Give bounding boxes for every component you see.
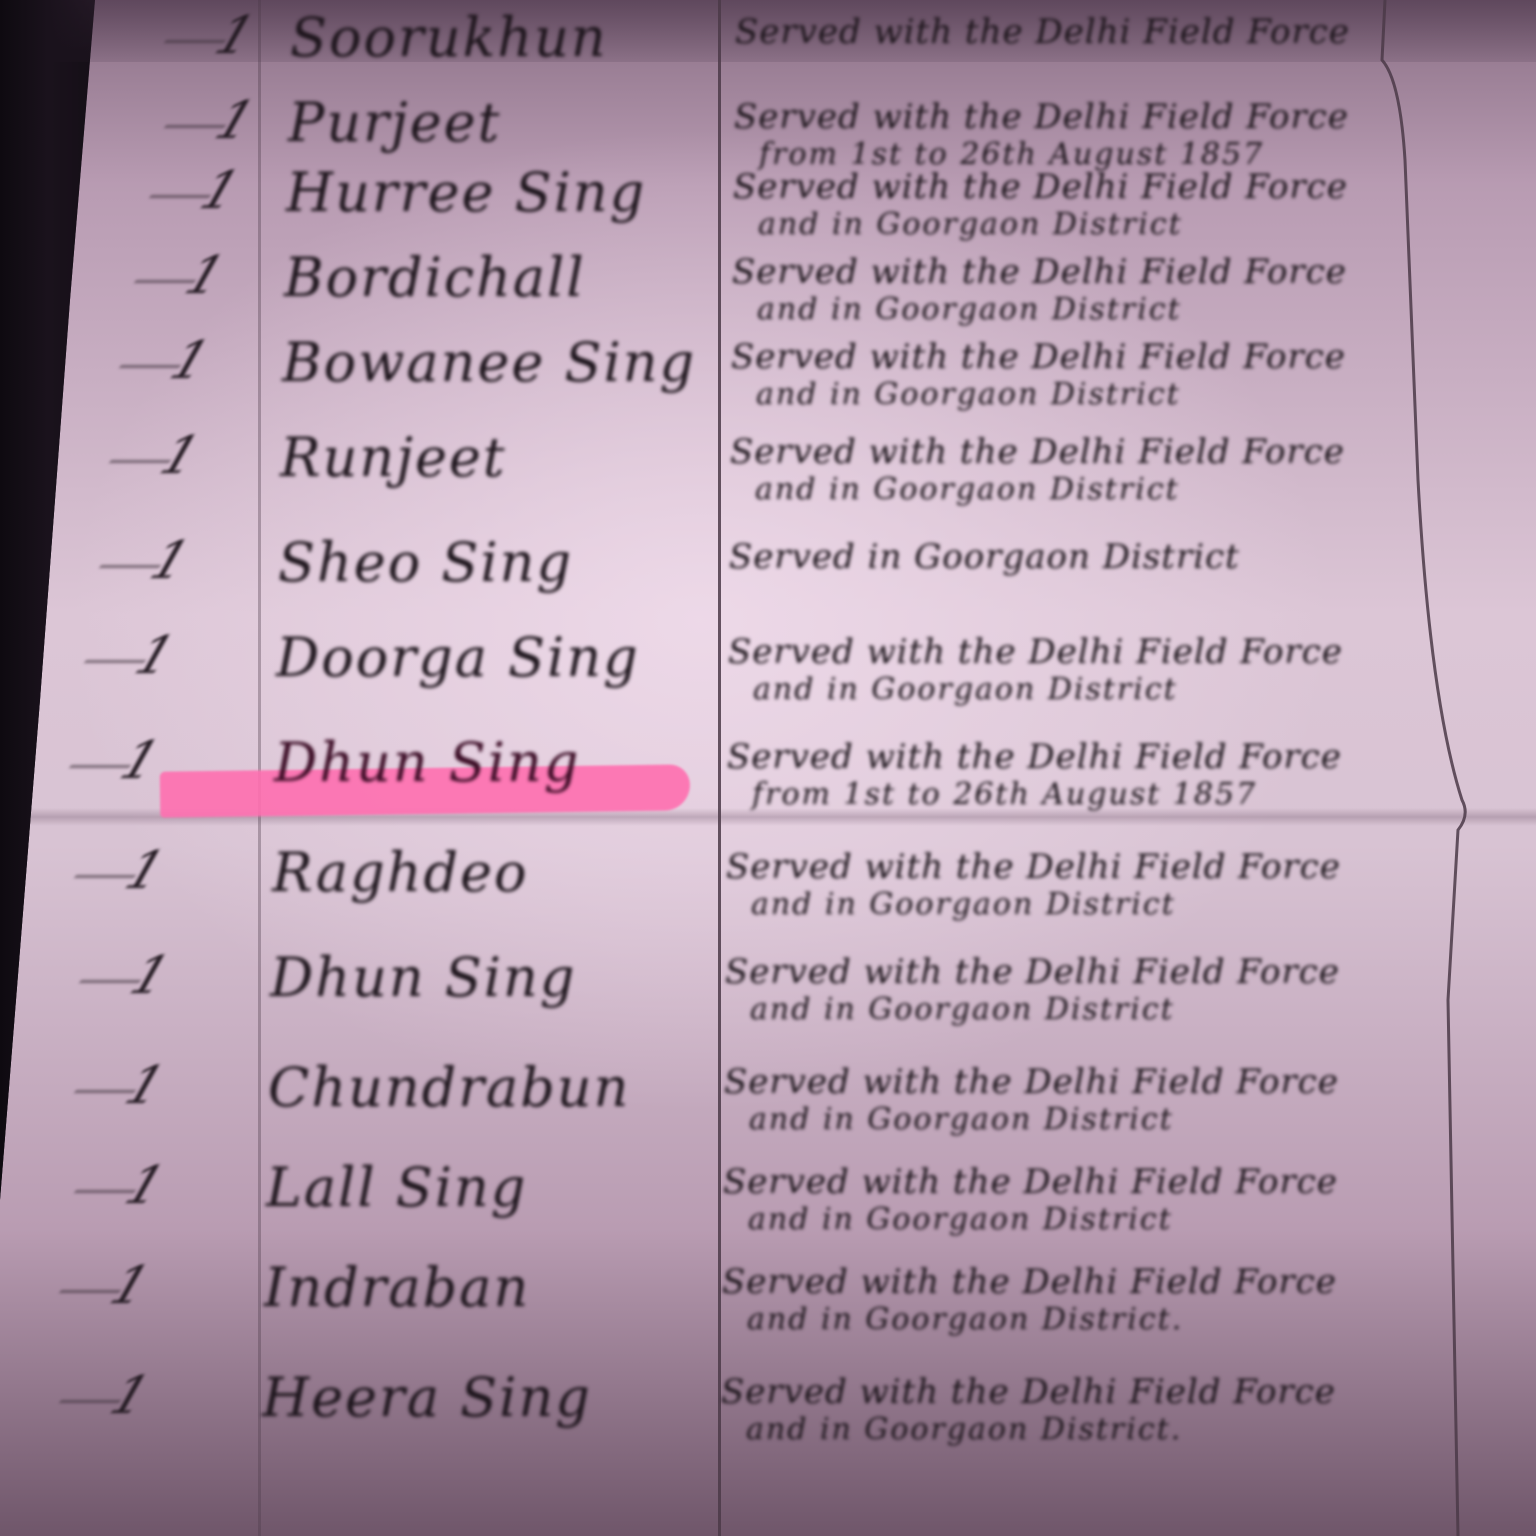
- remark-line-1: Served with the Delhi Field Force: [734, 97, 1349, 137]
- remark-line-2: and in Goorgaon District: [756, 377, 1181, 412]
- entry-count: 1: [194, 91, 276, 151]
- remark-line-1: Served with the Delhi Field Force: [732, 252, 1347, 292]
- roll-entry: 1BordichallServed with the Delhi Field F…: [0, 240, 1536, 335]
- entry-count: 1: [179, 161, 261, 221]
- entry-count: 1: [104, 1056, 186, 1116]
- entry-name: Bowanee Sing: [282, 331, 692, 394]
- entry-count: 1: [129, 531, 211, 591]
- remark-line-2: and in Goorgaon District: [751, 887, 1176, 922]
- entry-name-highlighted: Dhun Sing: [274, 731, 684, 794]
- roll-entry: 1ChundrabunServed with the Delhi Field F…: [0, 1050, 1536, 1145]
- remark-line-1: Served with the Delhi Field Force: [723, 1162, 1338, 1202]
- entry-name: Runjeet: [280, 426, 690, 489]
- remark-line-2: and in Goorgaon District: [753, 672, 1178, 707]
- remark-line-1: Served with the Delhi Field Force: [728, 632, 1343, 672]
- entry-name: Heera Sing: [262, 1366, 672, 1429]
- roll-entry: 1SoorukhunServed with the Delhi Field Fo…: [0, 0, 1536, 95]
- remark-line-1: Served in Goorgaon District: [729, 537, 1240, 577]
- roll-entry: 1Dhun SingServed with the Delhi Field Fo…: [0, 725, 1536, 820]
- roll-entry: 1Lall SingServed with the Delhi Field Fo…: [0, 1150, 1536, 1245]
- roll-entry: 1RunjeetServed with the Delhi Field Forc…: [0, 420, 1536, 515]
- entry-name: Doorga Sing: [276, 626, 686, 689]
- remark-line-1: Served with the Delhi Field Force: [733, 167, 1348, 207]
- remark-line-1: Served with the Delhi Field Force: [721, 1372, 1336, 1412]
- entry-count: 1: [89, 1366, 171, 1426]
- entry-name: Purjeet: [288, 91, 698, 154]
- roll-entry: 1IndrabanServed with the Delhi Field For…: [0, 1250, 1536, 1345]
- entry-name: Bordichall: [284, 246, 694, 309]
- entry-name: Dhun Sing: [270, 946, 680, 1009]
- remark-line-2: and in Goorgaon District.: [747, 1302, 1183, 1337]
- roll-entry: 1Hurree SingServed with the Delhi Field …: [0, 155, 1536, 250]
- entry-count: 1: [194, 6, 276, 66]
- entry-count: 1: [104, 841, 186, 901]
- remark-line-1: Served with the Delhi Field Force: [726, 847, 1341, 887]
- roll-entry: 1Heera SingServed with the Delhi Field F…: [0, 1360, 1536, 1455]
- entry-count: 1: [89, 1256, 171, 1316]
- remark-line-1: Served with the Delhi Field Force: [731, 337, 1346, 377]
- entry-name: Soorukhun: [290, 6, 700, 69]
- remark-line-2: and in Goorgaon District: [758, 207, 1183, 242]
- entry-name: Sheo Sing: [278, 531, 688, 594]
- entry-count: 1: [114, 626, 196, 686]
- remark-line-2: and in Goorgaon District: [750, 992, 1175, 1027]
- entry-name: Lall Sing: [266, 1156, 676, 1219]
- remark-line-2: and in Goorgaon District: [755, 472, 1180, 507]
- remark-line-2: and in Goorgaon District: [757, 292, 1182, 327]
- remark-line-1: Served with the Delhi Field Force: [725, 952, 1340, 992]
- remark-line-2: and in Goorgaon District: [748, 1202, 1173, 1237]
- roll-entry: 1Doorga SingServed with the Delhi Field …: [0, 620, 1536, 715]
- remark-line-1: Served with the Delhi Field Force: [727, 737, 1342, 777]
- entry-count: 1: [109, 946, 191, 1006]
- entry-count: 1: [164, 246, 246, 306]
- roll-entry: 1Sheo SingServed in Goorgaon District: [0, 525, 1536, 620]
- entry-name: Hurree Sing: [286, 161, 696, 224]
- entry-name: Chundrabun: [268, 1056, 678, 1119]
- remark-line-1: Served with the Delhi Field Force: [735, 12, 1350, 52]
- entry-count: 1: [99, 731, 181, 791]
- roll-entry: 1Bowanee SingServed with the Delhi Field…: [0, 325, 1536, 420]
- remark-line-1: Served with the Delhi Field Force: [730, 432, 1345, 472]
- remark-line-2: and in Goorgaon District: [749, 1102, 1174, 1137]
- remark-line-1: Served with the Delhi Field Force: [722, 1262, 1337, 1302]
- entry-name: Raghdeo: [272, 841, 682, 904]
- entry-count: 1: [139, 426, 221, 486]
- remark-line-2: from 1st to 26th August 1857: [752, 777, 1257, 812]
- remark-line-1: Served with the Delhi Field Force: [724, 1062, 1339, 1102]
- roll-entry: 1Dhun SingServed with the Delhi Field Fo…: [0, 940, 1536, 1035]
- entry-name: Indraban: [264, 1256, 674, 1319]
- roll-entry: 1RaghdeoServed with the Delhi Field Forc…: [0, 835, 1536, 930]
- entry-count: 1: [104, 1156, 186, 1216]
- remark-line-2: and in Goorgaon District.: [746, 1412, 1182, 1447]
- entry-count: 1: [149, 331, 231, 391]
